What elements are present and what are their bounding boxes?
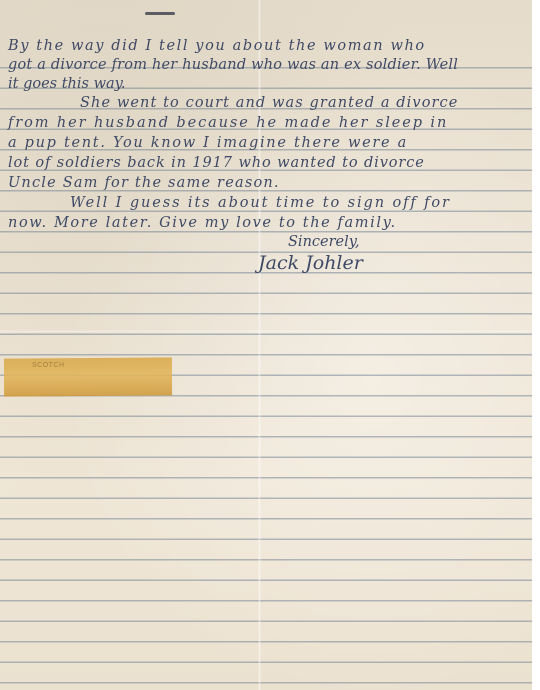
letter-line: Uncle Sam for the same reason. [8,175,280,191]
letter-line: lot of soldiers back in 1917 who wanted … [8,155,425,171]
letter-line: a pup tent. You know I imagine there wer… [8,135,408,151]
letter-line: She went to court and was granted a divo… [80,95,458,111]
letter-line: it goes this way. [8,76,126,92]
letter-line: now. More later. Give my love to the fam… [8,215,397,231]
signature: Jack Johler [258,252,363,274]
ink-mark [145,12,175,15]
tape-strip [4,357,172,396]
closing: Sincerely, [288,234,360,250]
fold-crease-horizontal [0,330,532,333]
letter-line: By the way did I tell you about the woma… [8,38,426,54]
letter-line: got a divorce from her husband who was a… [8,57,458,73]
letter-line: from her husband because he made her sle… [8,115,448,131]
letter-line: Well I guess its about time to sign off … [70,195,451,211]
letter-page: SCOTCH By the way did I tell you about t… [0,0,532,690]
tape-label: SCOTCH [32,362,65,369]
